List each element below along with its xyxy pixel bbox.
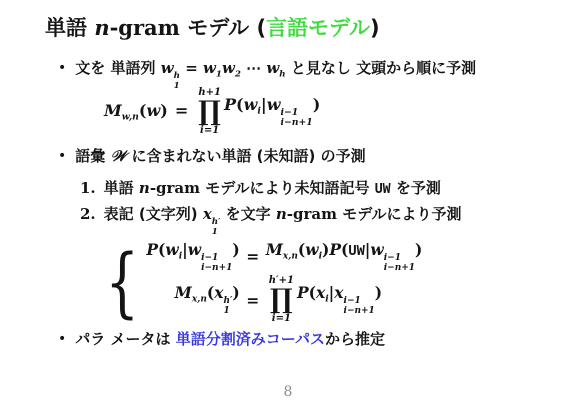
math-subscript: i−n+1 — [384, 263, 415, 273]
math-var-wi: w — [244, 95, 258, 114]
title-text-gram: -gram — [110, 15, 188, 40]
bullet3-text: パラ メータは — [75, 330, 175, 348]
formula-rhs: P(wi|wi−1i−n+1) — [224, 95, 320, 129]
math-var-P: P — [329, 240, 341, 259]
product-icon: ∏ — [198, 99, 221, 125]
math-subscript: x,n — [283, 251, 298, 261]
math-subscript: 1 — [212, 227, 218, 237]
title-highlight-language-model: 言語モデル — [266, 16, 370, 40]
math-paren: ( — [309, 283, 316, 302]
item1-text-mid: モデルにより未知語記号 — [205, 179, 374, 197]
case-row1-rhs: Mx,n(wi)P(UW|wi−1i−n+1) — [266, 240, 423, 273]
math-var-w: w — [370, 240, 383, 259]
math-var-n: n — [276, 205, 287, 223]
case-row1-lhs: P(wi|wi−1i−n+1) — [146, 240, 239, 273]
math-var-P: P — [297, 283, 309, 302]
math-var-w2: w — [222, 59, 235, 77]
math-supsub: i−1i−n+1 — [384, 253, 415, 274]
math-superscript: i−1 — [384, 253, 401, 263]
math-var-P: P — [224, 95, 236, 114]
math-var-n: n — [139, 179, 150, 197]
math-subscript: i−n+1 — [344, 306, 375, 316]
bullet2-text: 語彙 — [75, 147, 110, 165]
product-lower-limit: i=1 — [200, 126, 219, 136]
bullet1-text-tail: と見なし 文頭から順に予測 — [286, 59, 476, 77]
item2-number: 2. — [80, 205, 96, 223]
math-subscript: i−n+1 — [201, 263, 232, 273]
item2-text-mid: を文字 — [220, 205, 275, 223]
product-icon: ∏ — [270, 287, 293, 313]
bullet-item-parameter-estimation: •パラ メータは 単語分割済みコーパスから推定 — [58, 329, 385, 351]
bullet3-text-tail: から推定 — [325, 330, 385, 348]
math-subscript: x,n — [192, 295, 207, 305]
case-row2-rhs: h′+1∏i=1P(xi|xi−1i−n+1) — [266, 276, 382, 324]
bullet-icon: • — [58, 58, 66, 79]
math-var-w-cond: w — [267, 95, 281, 114]
math-paren: ) — [415, 240, 422, 259]
math-var-w: w — [188, 240, 201, 259]
cases-brace-icon: { — [105, 244, 139, 320]
page-number: 8 — [0, 384, 576, 400]
math-var-x: x — [334, 283, 343, 302]
cases-grid: P(wi|wi−1i−n+1) = Mx,n(wi)P(UW|wi−1i−n+1… — [146, 240, 422, 324]
math-var-xi: x — [316, 283, 325, 302]
math-subscript: w,n — [122, 112, 139, 123]
item1-number: 1. — [80, 179, 96, 197]
math-paren: ) — [313, 95, 321, 114]
math-var-M: M — [266, 240, 283, 259]
math-superscript: i−1 — [344, 296, 361, 306]
item2-text: 表記 (文字列) — [104, 205, 203, 223]
formula-lhs: Mw,n(w)= — [104, 101, 195, 123]
math-supsub: i−1i−n+1 — [201, 253, 232, 274]
math-supsub: i−1i−n+1 — [344, 296, 375, 317]
math-paren: ) — [375, 283, 382, 302]
product-lower-limit: i=1 — [272, 314, 291, 324]
unknown-word-symbol: UW — [375, 182, 391, 197]
math-supsub: i−1i−n+1 — [281, 108, 313, 129]
math-var-w: w — [161, 59, 174, 77]
item1-text: 単語 — [104, 179, 139, 197]
title-close-paren: ) — [370, 16, 380, 40]
math-paren: ) — [232, 240, 239, 259]
math-superscript: i−1 — [201, 253, 218, 263]
bullet-item-unknown-words: •語彙 𝒲 に含まれない単語 (未知語) の予測 — [58, 146, 366, 168]
math-var-P: P — [146, 240, 158, 259]
bullet-icon: • — [58, 146, 66, 167]
math-var-x: x — [203, 205, 212, 223]
title-text-jp: 単語 — [45, 16, 94, 40]
cases-formula: { P(wi|wi−1i−n+1) = Mx,n(wi)P(UW|wi−1i−n… — [98, 240, 422, 324]
math-cdots: ⋯ — [241, 59, 266, 77]
corpus-highlight: 単語分割済みコーパス — [176, 330, 325, 348]
math-equals: = — [175, 101, 188, 120]
product-operator: h′+1∏i=1 — [269, 276, 294, 324]
numbered-item-2: 2.表記 (文字列) xh′1 を文字 n-gram モデルにより予測 — [80, 204, 461, 237]
unknown-word-symbol: UW — [348, 243, 364, 259]
case-row2-lhs: Mx,n(xh′1) — [175, 283, 240, 316]
vocab-symbol-W: 𝒲 — [111, 147, 127, 165]
title-math-n: n — [94, 15, 109, 40]
bullet1-text: 文を 単語列 — [75, 59, 160, 77]
page-title: 単語 n-gram モデル (言語モデル) — [45, 12, 380, 42]
math-equals: = — [180, 59, 203, 77]
numbered-item-1: 1.単語 n-gram モデルにより未知語記号 UW を予測 — [80, 178, 441, 200]
title-text-model: モデル ( — [187, 16, 266, 40]
math-paren: ) — [232, 283, 239, 302]
product-operator: h+1∏i=1 — [198, 88, 221, 136]
math-var-w1: w — [203, 59, 216, 77]
math-var-w: w — [146, 101, 160, 120]
math-var-wh: w — [266, 59, 279, 77]
math-equals: = — [246, 291, 259, 310]
math-var-M: M — [175, 283, 192, 302]
math-var-wi: w — [165, 240, 178, 259]
item1-text-tail: を予測 — [391, 179, 441, 197]
math-var-wi: w — [305, 240, 318, 259]
display-formula-word-ngram: Mw,n(w)=h+1∏i=1P(wi|wi−1i−n+1) — [104, 86, 320, 138]
math-var-M: M — [104, 101, 122, 120]
math-subscript: i−n+1 — [281, 118, 313, 129]
math-subscript: 1 — [223, 306, 229, 316]
math-var-x: x — [214, 283, 223, 302]
item1-gram: -gram — [150, 179, 205, 197]
math-paren: ) — [160, 101, 168, 120]
math-equals: = — [246, 247, 259, 266]
slide: 単語 n-gram モデル (言語モデル) •文を 単語列 wh1 = w1w2… — [0, 0, 576, 410]
bullet2-text-tail: に含まれない単語 (未知語) の予測 — [126, 147, 365, 165]
bullet-icon: • — [58, 329, 66, 350]
item2-text-tail: モデルにより予測 — [342, 205, 461, 223]
math-paren: ( — [236, 95, 244, 114]
item2-gram: -gram — [287, 205, 342, 223]
